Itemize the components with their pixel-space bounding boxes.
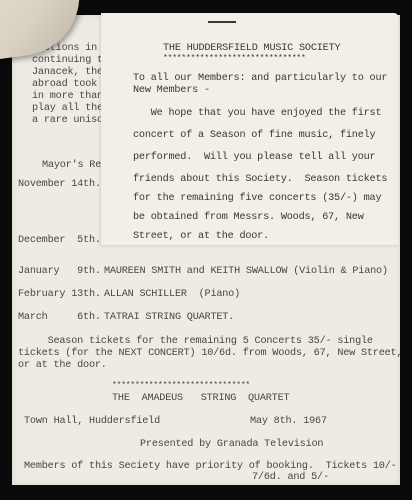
- season-tickets-line: tickets (for the NEXT CONCERT) 10/6d. fr…: [18, 348, 402, 360]
- presented-by: Presented by Granada Television: [140, 439, 323, 451]
- booking-line: Members of this Seciety have priority of…: [24, 461, 397, 473]
- asterisk-rule: ******************************: [112, 380, 250, 392]
- divider: [208, 21, 236, 23]
- intro-line: a rare unison: [32, 115, 109, 127]
- concert-performer: ALLAN SCHILLER (Piano): [104, 289, 240, 301]
- concert-performer: TATRAI STRING QUARTET.: [104, 312, 234, 324]
- body-line: We hope that you have enjoyed the first: [133, 108, 381, 120]
- season-tickets-line: or at the door.: [18, 360, 107, 372]
- concert-date: November 14th.: [18, 179, 101, 191]
- venue: Town Hall, Huddersfield: [24, 416, 160, 428]
- salutation: To all our Members: and particularly to …: [133, 73, 387, 85]
- body-line: be obtained from Messrs. Woods, 67, New: [133, 212, 364, 224]
- slip-title-underline: *******************************: [163, 53, 306, 65]
- salutation: New Members -: [133, 85, 210, 97]
- season-tickets-line: Season tickets for the remaining 5 Conce…: [18, 336, 373, 348]
- special-concert-title: THE AMADEUS STRING QUARTET: [112, 393, 289, 405]
- concert-date: March 6th.: [18, 312, 101, 324]
- body-line: Street, or at the door.: [133, 231, 269, 243]
- body-line: performed. Will you please tell all your: [133, 152, 375, 164]
- body-line: concert of a Season of fine music, finel…: [133, 130, 375, 142]
- booking-line: 7/6d. and 5/-: [252, 472, 329, 484]
- concert-date: December 5th.: [18, 235, 101, 247]
- concert-date: February 13th.: [18, 289, 101, 301]
- concert-date: January 9th.: [18, 266, 101, 278]
- concert-date: May 8th. 1967: [250, 416, 327, 428]
- note-slip: THE HUDDERSFIELD MUSIC SOCIETY *********…: [101, 13, 398, 245]
- body-line: friends about this Society. Season ticke…: [133, 174, 387, 186]
- concert-performer: MAUREEN SMITH and KEITH SWALLOW (Violin …: [104, 266, 388, 278]
- body-line: for the remaining five concerts (35/-) m…: [133, 193, 381, 205]
